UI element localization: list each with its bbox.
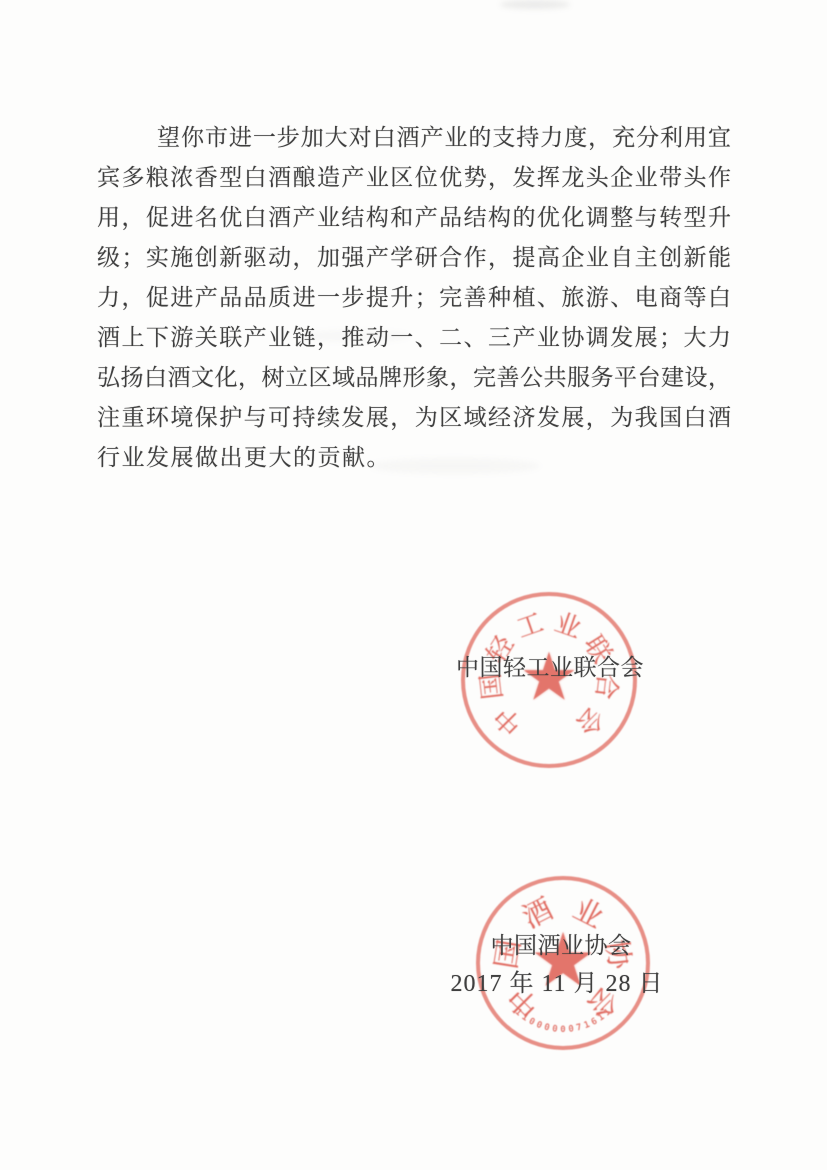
body-char: 三 (488, 318, 511, 358)
body-char: ； (121, 238, 144, 278)
body-char: 结 (341, 198, 364, 238)
body-char: 构 (488, 198, 511, 238)
body-char: 香 (195, 158, 218, 198)
scan-smudge (500, 0, 570, 9)
body-char: 可 (268, 398, 291, 438)
body-char: 我 (635, 398, 658, 438)
body-char: 优 (537, 198, 560, 238)
body-char: ， (390, 398, 413, 438)
body-char: 头 (684, 158, 707, 198)
body-char: 域 (464, 398, 487, 438)
body-char: 优 (219, 198, 242, 238)
body-char: 研 (415, 238, 438, 278)
body-char: 产 (341, 158, 364, 198)
body-char: 一 (390, 318, 413, 358)
body-char: 进 (293, 278, 316, 318)
body-char: 质 (268, 278, 291, 318)
body-char: 电 (635, 278, 658, 318)
body-char: 化 (561, 198, 584, 238)
body-char: 游 (170, 318, 193, 358)
body-char: 关 (195, 318, 218, 358)
body-line: 望你市进一步加大对白酒产业的支持力度，充分利用宜 (97, 118, 731, 158)
body-char: 动 (366, 318, 389, 358)
body-char: 位 (415, 158, 438, 198)
body-char: 扬 (121, 358, 144, 398)
body-char: ， (238, 358, 261, 398)
body-char: ， (293, 238, 316, 278)
body-char: 注 (97, 398, 120, 438)
body-char: 二 (439, 318, 462, 358)
signature-org-alcoholic-drinks: 中国酒业协会 (491, 927, 632, 960)
body-char: 酿 (293, 158, 316, 198)
body-char: 一 (317, 278, 340, 318)
body-char: 区 (439, 398, 462, 438)
body-char: 境 (170, 398, 193, 438)
body-char: 品 (244, 278, 267, 318)
body-char: 转 (659, 198, 682, 238)
body-char: 和 (390, 198, 413, 238)
body-char: 与 (635, 198, 658, 238)
body-char: 务 (591, 358, 614, 398)
body-char: 望 (157, 118, 180, 158)
signature-date: 2017 年 11 月 28 日 (450, 963, 663, 998)
body-char: 品 (439, 198, 462, 238)
body-char: 产 (415, 198, 438, 238)
body-char: 强 (341, 238, 364, 278)
body-char: 造 (317, 158, 340, 198)
body-char: 级 (97, 238, 120, 278)
body-char: 化 (215, 358, 238, 398)
body-char: 构 (366, 198, 389, 238)
body-char: 带 (659, 158, 682, 198)
body-char: 环 (146, 398, 169, 438)
body-char: 完 (439, 278, 462, 318)
body-char: 白 (244, 158, 267, 198)
body-char: 合 (439, 238, 462, 278)
body-char: 护 (219, 398, 242, 438)
body-char: 作 (464, 238, 487, 278)
body-char: 、 (464, 318, 487, 358)
body-char: 与 (244, 398, 267, 438)
body-char: 型 (684, 198, 707, 238)
body-char: 加 (301, 118, 324, 158)
body-char: ， (121, 278, 144, 318)
body-line: 酒上下游关联产业链，推动一、二、三产业协调发展；大力 (97, 318, 731, 358)
letter-body: 望你市进一步加大对白酒产业的支持力度，充分利用宜宾多粮浓香型白酒酿造产业区位优势… (97, 118, 731, 478)
body-line: 弘扬白酒文化，树立区域品牌形象，完善公共服务平台建设， (97, 358, 731, 398)
body-char: ， (588, 118, 611, 158)
body-char: 度 (564, 118, 587, 158)
body-line: 宾多粮浓香型白酒酿造产业区位优势，发挥龙头企业带头作 (97, 158, 731, 198)
body-char: ； (415, 278, 438, 318)
body-char: 经 (488, 398, 511, 438)
body-char: 促 (146, 278, 169, 318)
body-char: ， (488, 238, 511, 278)
body-char: 结 (464, 198, 487, 238)
body-char: 提 (512, 238, 535, 278)
body-line: 注重环境保护与可持续发展，为区域经济发展，为我国白酒 (97, 398, 731, 438)
body-char: 保 (195, 398, 218, 438)
body-char: 充 (612, 118, 635, 158)
body-char: 商 (659, 278, 682, 318)
body-char: 业 (537, 318, 560, 358)
body-char: ， (488, 158, 511, 198)
body-char: 头 (586, 158, 609, 198)
body-char: 高 (537, 238, 560, 278)
body-line: 用，促进名优白酒产业结构和产品结构的优化调整与转型升 (97, 198, 731, 238)
body-char: 进 (170, 278, 193, 318)
body-char: 酒 (268, 198, 291, 238)
body-line: 力，促进产品品质进一步提升；完善种植、旅游、电商等白 (97, 278, 731, 318)
body-char: 主 (635, 238, 658, 278)
body-char: 、 (415, 318, 438, 358)
body-char: 协 (561, 318, 584, 358)
body-char: 产 (293, 198, 316, 238)
body-char: 济 (512, 398, 535, 438)
body-char: ， (317, 318, 340, 358)
body-char: 粮 (146, 158, 169, 198)
body-char: ， (586, 398, 609, 438)
body-char: 设 (685, 358, 708, 398)
body-char: 步 (341, 278, 364, 318)
body-char: 品 (219, 278, 242, 318)
body-char: 支 (492, 118, 515, 158)
body-char: 游 (586, 278, 609, 318)
body-char: 国 (659, 398, 682, 438)
body-char: 进 (229, 118, 252, 158)
body-char: 优 (439, 158, 462, 198)
body-char: 、 (537, 278, 560, 318)
body-char: 整 (610, 198, 633, 238)
body-char: 大 (684, 318, 707, 358)
body-char: 的 (512, 198, 535, 238)
body-char: 挥 (537, 158, 560, 198)
body-char: 升 (708, 198, 731, 238)
body-char: 业 (444, 118, 467, 158)
body-char: 酒 (168, 358, 191, 398)
body-char: 联 (219, 318, 242, 358)
body-char: 施 (170, 238, 193, 278)
body-char: 调 (586, 318, 609, 358)
body-char: 完 (473, 358, 496, 398)
body-char: 建 (661, 358, 684, 398)
body-char: ， (708, 358, 731, 398)
body-char: 酒 (397, 118, 420, 158)
body-char: 品 (356, 358, 379, 398)
body-char: 对 (349, 118, 372, 158)
body-char: 新 (219, 238, 242, 278)
body-char: 白 (244, 198, 267, 238)
body-char: 发 (341, 398, 364, 438)
body-char: 持 (516, 118, 539, 158)
body-char: 白 (144, 358, 167, 398)
body-char: 象 (426, 358, 449, 398)
body-char: 步 (277, 118, 300, 158)
body-char: 的 (468, 118, 491, 158)
body-char: 创 (659, 238, 682, 278)
body-char: 业 (268, 318, 291, 358)
body-char: 为 (610, 398, 633, 438)
body-char: 升 (390, 278, 413, 318)
body-char: 促 (146, 198, 169, 238)
body-char: 展 (366, 398, 389, 438)
body-char: 白 (373, 118, 396, 158)
body-char: 宜 (708, 118, 731, 158)
body-char: 动 (268, 238, 291, 278)
body-char: 多 (121, 158, 144, 198)
body-char: 作 (708, 158, 731, 198)
body-char: 企 (610, 158, 633, 198)
body-char: 能 (708, 238, 731, 278)
body-char: 实 (146, 238, 169, 278)
body-char: 提 (366, 278, 389, 318)
body-char: 发 (610, 318, 633, 358)
body-char: 型 (219, 158, 242, 198)
body-char: 公 (520, 358, 543, 398)
body-char: 续 (317, 398, 340, 438)
body-char: 产 (512, 318, 535, 358)
body-char: 白 (708, 278, 731, 318)
body-char: 宾 (97, 158, 120, 198)
body-char: 业 (586, 238, 609, 278)
body-char: 市 (205, 118, 228, 158)
body-char: 服 (567, 358, 590, 398)
body-char: 分 (636, 118, 659, 158)
body-char: 、 (610, 278, 633, 318)
body-char: 展 (635, 318, 658, 358)
body-char: 推 (341, 318, 364, 358)
body-line: 行业发展做出更大的贡献。 (97, 438, 731, 478)
body-char: 弘 (97, 358, 120, 398)
body-char: 酒 (268, 158, 291, 198)
body-char: 发 (512, 158, 535, 198)
scanned-letter-page: 望你市进一步加大对白酒产业的支持力度，充分利用宜宾多粮浓香型白酒酿造产业区位优势… (0, 0, 827, 1170)
body-char: 立 (285, 358, 308, 398)
body-char: 等 (684, 278, 707, 318)
body-char: 力 (540, 118, 563, 158)
body-char: 大 (325, 118, 348, 158)
body-char: 区 (309, 358, 332, 398)
body-char: 善 (497, 358, 520, 398)
body-char: 加 (317, 238, 340, 278)
body-char: 进 (170, 198, 193, 238)
body-char: 创 (195, 238, 218, 278)
body-char: 发 (537, 398, 560, 438)
body-char: ， (121, 198, 144, 238)
body-char: 产 (366, 238, 389, 278)
body-char: 酒 (97, 318, 120, 358)
body-char: 利 (660, 118, 683, 158)
body-char: 产 (420, 118, 443, 158)
body-char: 展 (561, 398, 584, 438)
body-char: 产 (244, 318, 267, 358)
body-char: 酒 (708, 398, 731, 438)
body-char: 自 (610, 238, 633, 278)
body-char: 力 (708, 318, 731, 358)
body-char: 善 (464, 278, 487, 318)
body-char: 业 (635, 158, 658, 198)
body-char: ； (659, 318, 682, 358)
body-char: 域 (332, 358, 355, 398)
body-char: ， (450, 358, 473, 398)
body-char: 新 (684, 238, 707, 278)
body-char: 种 (488, 278, 511, 318)
body-char: 牌 (379, 358, 402, 398)
body-char: 形 (403, 358, 426, 398)
body-char: 持 (293, 398, 316, 438)
body-char: 产 (195, 278, 218, 318)
body-char: 链 (293, 318, 316, 358)
body-char: 业 (366, 158, 389, 198)
body-char: 为 (415, 398, 438, 438)
body-line: 级；实施创新驱动，加强产学研合作，提高企业自主创新能 (97, 238, 731, 278)
body-char: 一 (253, 118, 276, 158)
body-char: 力 (97, 278, 120, 318)
body-char: 上 (121, 318, 144, 358)
body-char: 台 (638, 358, 661, 398)
signature-org-light-industry: 中国轻工业联合会 (456, 649, 644, 682)
body-char: 用 (684, 118, 707, 158)
body-char: 你 (181, 118, 204, 158)
body-char: 共 (544, 358, 567, 398)
body-char: 驱 (244, 238, 267, 278)
body-char: 区 (390, 158, 413, 198)
body-char: 名 (195, 198, 218, 238)
body-char: 浓 (170, 158, 193, 198)
body-char: 旅 (561, 278, 584, 318)
body-char: 企 (561, 238, 584, 278)
body-char: 用 (97, 198, 120, 238)
body-char: 平 (614, 358, 637, 398)
body-char: 龙 (561, 158, 584, 198)
body-char: 文 (191, 358, 214, 398)
body-char: 树 (262, 358, 285, 398)
body-char: 重 (121, 398, 144, 438)
body-char: 业 (317, 198, 340, 238)
body-char: 白 (684, 398, 707, 438)
body-char: 学 (390, 238, 413, 278)
body-char: 调 (586, 198, 609, 238)
body-char: 植 (512, 278, 535, 318)
body-char: 势 (464, 158, 487, 198)
body-char: 下 (146, 318, 169, 358)
